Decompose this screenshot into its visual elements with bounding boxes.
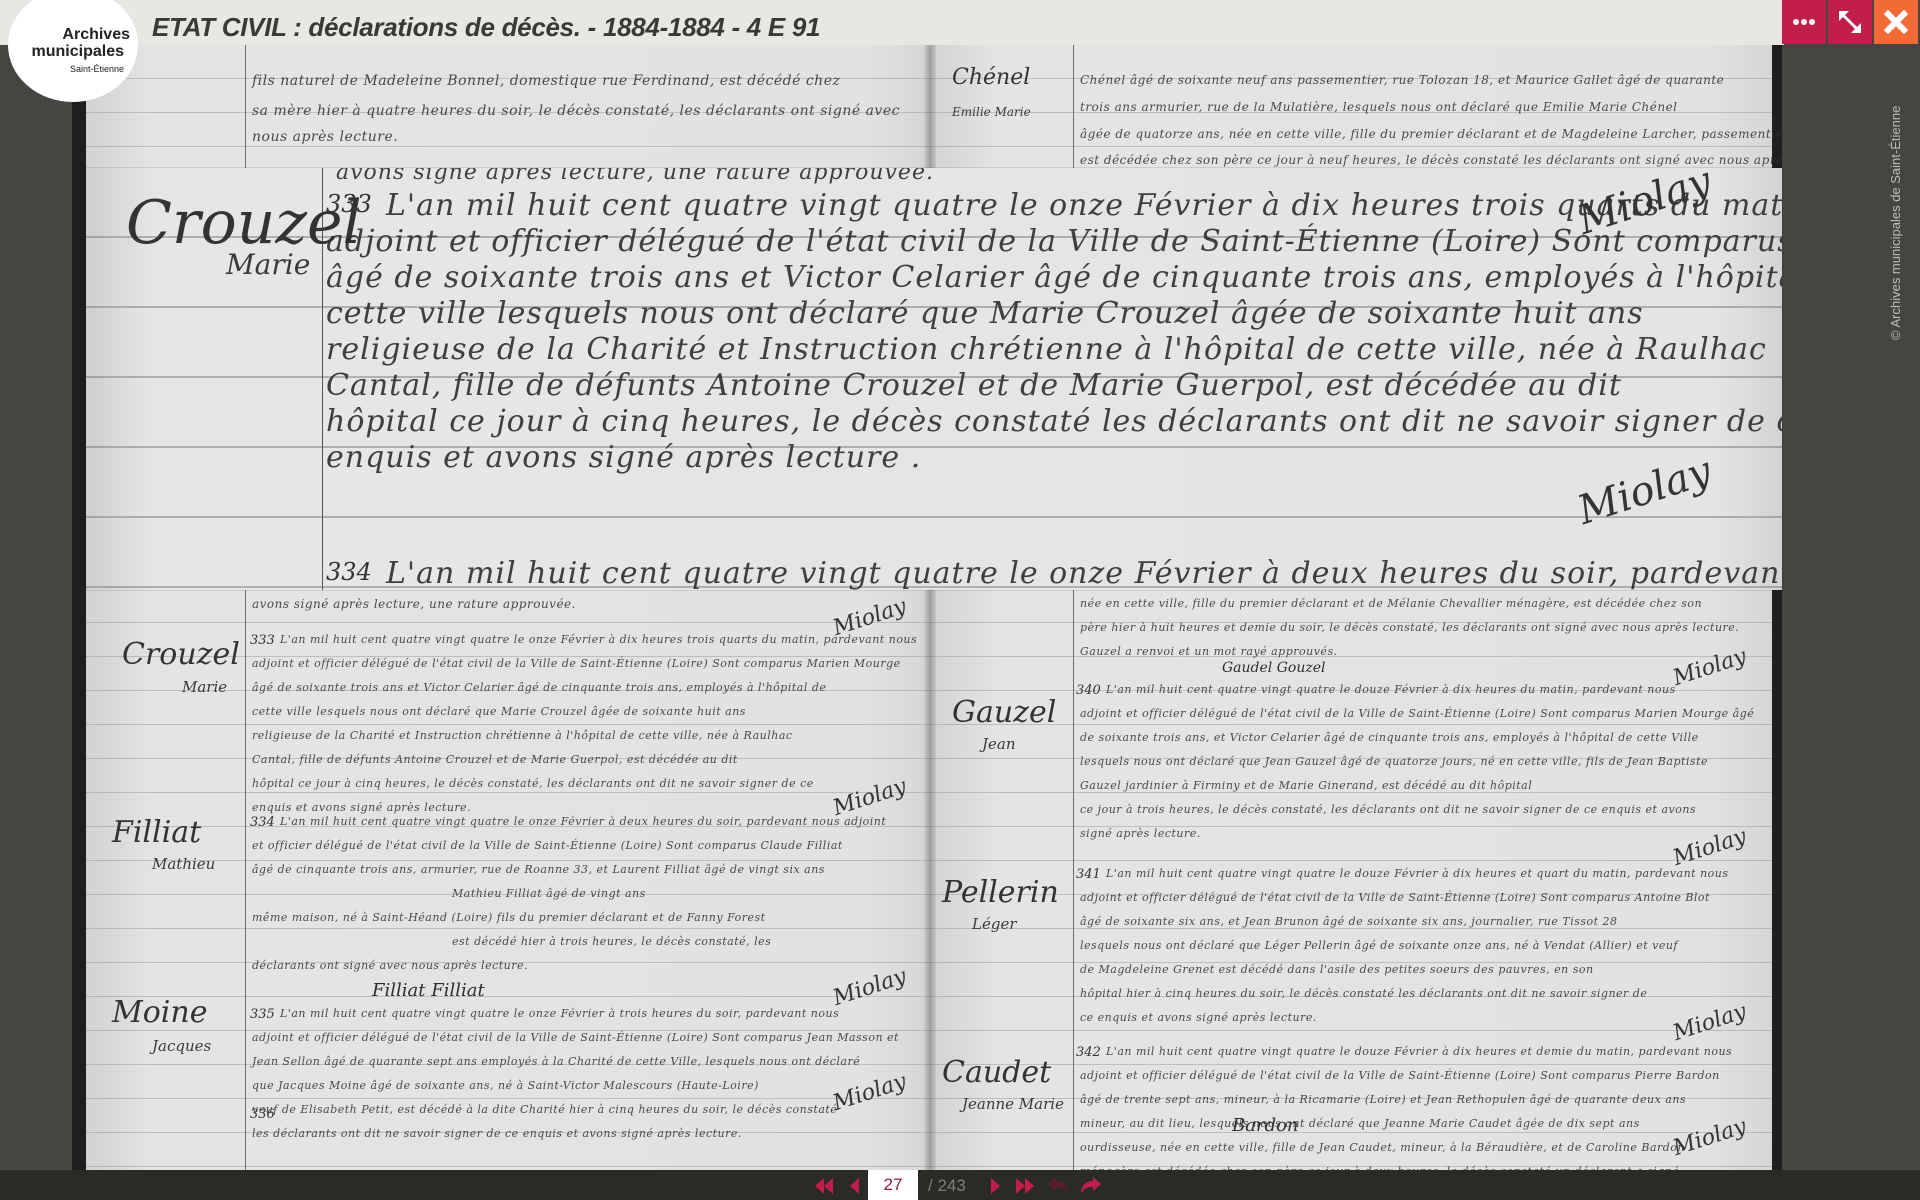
text-line: est décédée chez son père ce jour à neuf…	[1080, 153, 1782, 167]
text-line: L'an mil huit cent quatre vingt quatre l…	[1106, 867, 1729, 880]
logo-line-2: municipales	[32, 43, 124, 61]
loupe-text-line: Cantal, fille de défunts Antoine Crouzel…	[326, 368, 1622, 403]
text-line: veuf de Elisabeth Petit, est décédé à la…	[252, 1103, 837, 1116]
text-line: âgée de quatorze ans, née en cette ville…	[1080, 127, 1782, 141]
text-line: âgé de soixante six ans, et Jean Brunon …	[1080, 915, 1618, 928]
text-line: L'an mil huit cent quatre vingt quatre l…	[1106, 1045, 1732, 1058]
margin-firstname: Jeanne Marie	[962, 1095, 1064, 1113]
entry-number: 333	[250, 633, 275, 648]
margin-firstname: Léger	[972, 915, 1017, 933]
text-line: et officier délégué de l'état civil de l…	[252, 839, 843, 852]
text-line: hôpital hier à cinq heures du soir, le d…	[1080, 987, 1647, 1000]
text-line: enquis et avons signé après lecture.	[252, 801, 471, 814]
declarant-signature: Bardon	[1232, 1115, 1299, 1136]
loupe-text-line: adjoint et officier délégué de l'état ci…	[326, 224, 1782, 259]
loupe-entry-number: 334	[326, 558, 372, 586]
text-line: déclarants ont signé avec nous après lec…	[252, 959, 528, 972]
entry-number: 336	[250, 1107, 275, 1122]
entry-number: 340	[1076, 683, 1101, 698]
logo-line-3: Saint-Étienne	[70, 64, 124, 74]
redo-button[interactable]	[1080, 1176, 1102, 1194]
entry-number: 335	[250, 1007, 275, 1022]
entry-number: 341	[1076, 867, 1101, 882]
loupe-text-line: hôpital ce jour à cinq heures, le décès …	[326, 404, 1782, 439]
loupe-text-line: L'an mil huit cent quatre vingt quatre l…	[386, 556, 1782, 590]
loupe-text-line: L'an mil huit cent quatre vingt quatre l…	[386, 188, 1782, 223]
text-line: de soixante trois ans, et Victor Celarie…	[1080, 731, 1699, 744]
text-line: religieuse de la Charité et Instruction …	[252, 729, 793, 742]
text-line: de Magdeleine Grenet est décédé dans l'a…	[1080, 963, 1594, 976]
loupe-text-line: cette ville lesquels nous ont déclaré qu…	[326, 296, 1644, 331]
text-line: ce jour à trois heures, le décès constat…	[1080, 803, 1696, 816]
text-line: âgé de trente sept ans, mineur, à la Ric…	[1080, 1093, 1686, 1106]
margin-firstname: Jacques	[152, 1037, 211, 1055]
loupe-margin-firstname: Marie	[226, 248, 310, 281]
loupe-text-line: religieuse de la Charité et Instruction …	[326, 332, 1767, 367]
margin-surname: Filliat	[112, 815, 201, 850]
text-line: trois ans armurier, rue de la Mulatière,…	[1080, 100, 1678, 114]
margin-surname: Caudet	[942, 1055, 1051, 1090]
close-x-icon	[1884, 10, 1908, 34]
fullscreen-button[interactable]	[1828, 0, 1872, 44]
text-line: âgé de soixante trois ans et Victor Cela…	[252, 681, 826, 694]
page-title: ETAT CIVIL : déclarations de décès. - 18…	[152, 12, 820, 43]
margin-surname: Gauzel	[952, 695, 1056, 730]
first-page-button[interactable]	[813, 1178, 835, 1194]
marginal-annotation: Gaudel Gouzel	[1222, 660, 1326, 676]
margin-firstname: Mathieu	[152, 855, 215, 873]
margin-firstname: Emilie Marie	[952, 105, 1031, 119]
loupe-text-line: âgé de soixante trois ans et Victor Cela…	[326, 260, 1782, 295]
entry-number: 334	[250, 815, 275, 830]
margin-firstname: Jean	[982, 735, 1016, 753]
text-line: Gauzel a renvoi et un mot rayé approuvés…	[1080, 645, 1338, 658]
text-line: nous après lecture.	[252, 129, 398, 145]
text-line: mineur, au dit lieu, lesquels nous ont d…	[1080, 1117, 1640, 1130]
text-line: adjoint et officier délégué de l'état ci…	[1080, 1069, 1720, 1082]
text-line: les déclarants ont dit ne savoir signer …	[252, 1127, 742, 1140]
page-number-input[interactable]	[868, 1170, 918, 1200]
text-line: signé après lecture.	[1080, 827, 1201, 840]
archive-viewer: fils naturel de Madeleine Bonnel, domest…	[0, 0, 1920, 1200]
text-line: L'an mil huit cent quatre vingt quatre l…	[1106, 683, 1676, 696]
text-line: adjoint et officier délégué de l'état ci…	[1080, 891, 1710, 904]
close-button[interactable]	[1874, 0, 1918, 44]
loupe-officer-signature: Miolay	[1572, 448, 1717, 534]
text-line: avons signé après lecture, une rature ap…	[252, 597, 576, 611]
expand-arrows-icon	[1837, 9, 1863, 35]
text-line: ce enquis et avons signé après lecture.	[1080, 1011, 1317, 1024]
previous-page-button[interactable]	[848, 1178, 860, 1194]
text-line: L'an mil huit cent quatre vingt quatre l…	[280, 1007, 839, 1020]
undo-button[interactable]	[1047, 1176, 1069, 1194]
text-line: L'an mil huit cent quatre vingt quatre l…	[280, 815, 886, 828]
text-line: née en cette ville, fille du premier déc…	[1080, 597, 1702, 610]
text-line: Cantal, fille de défunts Antoine Crouzel…	[252, 753, 738, 766]
text-line: même maison, né à Saint-Héand (Loire) fi…	[252, 911, 766, 924]
text-line: Jean Sellon âgé de quarante sept ans emp…	[252, 1055, 860, 1068]
text-line: L'an mil huit cent quatre vingt quatre l…	[280, 633, 917, 646]
logo-line-1: Archives	[62, 26, 130, 44]
last-page-button[interactable]	[1014, 1178, 1036, 1194]
text-line: avons signé après lecture, une rature ap…	[336, 168, 934, 185]
text-line: est décédé hier à trois heures, le décès…	[452, 935, 771, 948]
text-line: Gauzel jardinier à Firminy et de Marie G…	[1080, 779, 1532, 792]
text-line: cette ville lesquels nous ont déclaré qu…	[252, 705, 746, 718]
pagination-bar: / 243	[0, 1170, 1920, 1200]
margin-surname: Crouzel	[122, 637, 240, 672]
loupe-entry-number: 333	[326, 190, 372, 218]
window-controls	[1782, 0, 1918, 44]
text-line: Chénel âgé de soixante neuf ans passemen…	[1080, 73, 1724, 87]
text-line: Mathieu Filliat âgé de vingt ans	[452, 887, 646, 900]
text-line: lesquels nous ont déclaré que Jean Gauze…	[1080, 755, 1708, 768]
margin-surname: Pellerin	[942, 875, 1059, 910]
text-line: père hier à huit heures et demie du soir…	[1080, 621, 1739, 634]
entry-number: 342	[1076, 1045, 1101, 1060]
ellipsis-icon	[1793, 18, 1815, 26]
margin-surname: Chénel	[952, 65, 1030, 90]
copyright-notice: © Archives municipales de Saint-Étienne	[1888, 106, 1903, 340]
magnifier-loupe[interactable]: avons signé après lecture, une rature ap…	[86, 168, 1782, 590]
margin-surname: Moine	[112, 995, 207, 1030]
page-total: / 243	[928, 1176, 966, 1196]
text-line: fils naturel de Madeleine Bonnel, domest…	[252, 73, 840, 89]
text-line: que Jacques Moine âgé de soixante ans, n…	[252, 1079, 759, 1092]
more-options-button[interactable]	[1782, 0, 1826, 44]
text-line: ourdisseuse, née en cette ville, fille d…	[1080, 1141, 1685, 1154]
margin-firstname: Marie	[182, 678, 227, 696]
text-line: adjoint et officier délégué de l'état ci…	[252, 657, 901, 670]
next-page-button[interactable]	[990, 1178, 1002, 1194]
text-line: adjoint et officier délégué de l'état ci…	[252, 1031, 899, 1044]
text-line: lesquels nous ont déclaré que Léger Pell…	[1080, 939, 1678, 952]
text-line: sa mère hier à quatre heures du soir, le…	[252, 103, 900, 119]
marginal-annotation: Filliat Filliat	[372, 980, 485, 1001]
header-bar: ETAT CIVIL : déclarations de décès. - 18…	[0, 0, 1784, 45]
text-line: adjoint et officier délégué de l'état ci…	[1080, 707, 1754, 720]
loupe-text-line: enquis et avons signé après lecture .	[326, 440, 921, 475]
text-line: âgé de cinquante trois ans, armurier, ru…	[252, 863, 825, 876]
text-line: hôpital ce jour à cinq heures, le décès …	[252, 777, 814, 790]
